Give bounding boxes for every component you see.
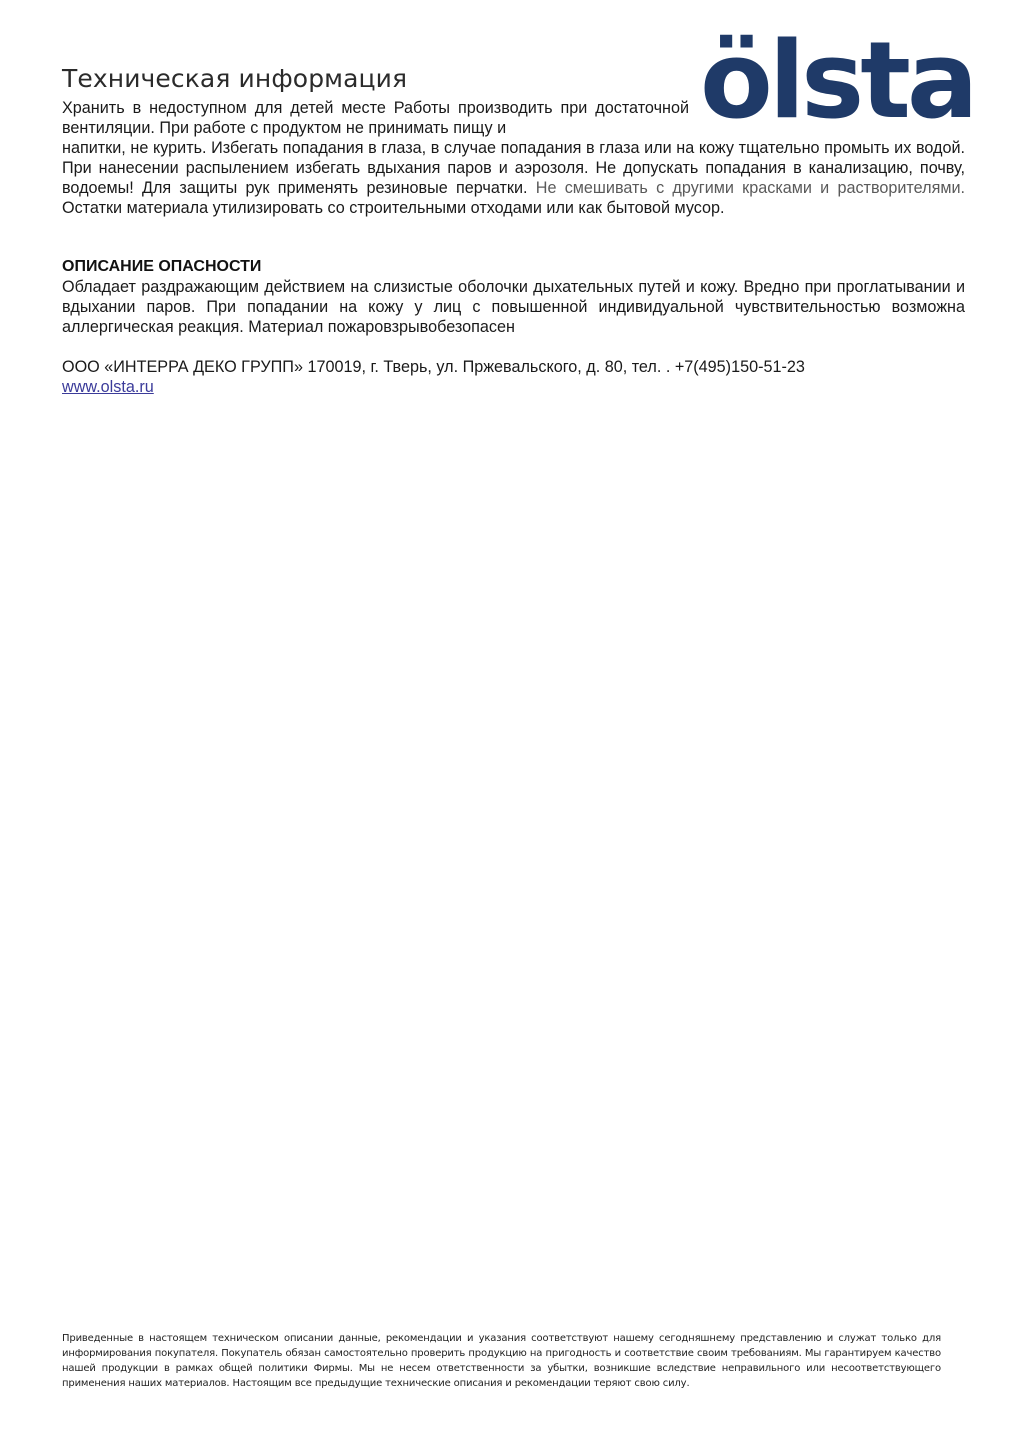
hazard-description: Обладает раздражающим действием на слизи…	[62, 277, 965, 337]
registered-trademark-icon: ®	[947, 64, 964, 81]
document-page: ölsta ® Техническая информация Хранить в…	[0, 0, 1027, 1452]
disclaimer-footer: Приведенные в настоящем техническом опис…	[62, 1331, 941, 1391]
disposal-instructions: Остатки материала утилизировать со строи…	[62, 199, 725, 217]
olsta-logo: ölsta ®	[700, 26, 970, 136]
hazard-heading: ОПИСАНИЕ ОПАСНОСТИ	[62, 257, 261, 277]
storage-instructions: напитки, не курить. Избегать попадания в…	[62, 138, 965, 218]
page-title: Техническая информация	[62, 63, 407, 95]
website-link[interactable]: www.olsta.ru	[62, 377, 154, 397]
storage-instructions-intro: Хранить в недоступном для детей месте Ра…	[62, 98, 689, 138]
logo-wordmark: ölsta	[700, 19, 974, 142]
company-contact: ООО «ИНТЕРРА ДЕКО ГРУПП» 170019, г. Твер…	[62, 357, 805, 377]
no-mixing-warning: Не смешивать с другими красками и раство…	[536, 179, 965, 197]
